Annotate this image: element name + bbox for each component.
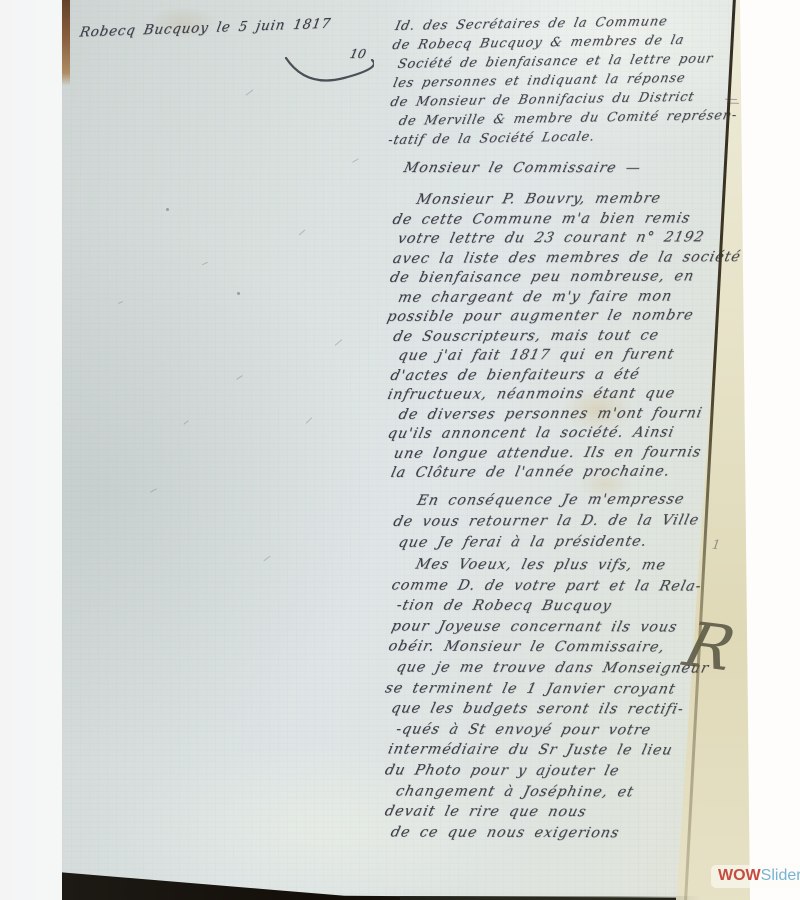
handwritten-line: comme D. de votre part et la Rela- bbox=[389, 575, 740, 597]
watermark-slider-text: Slider bbox=[761, 867, 800, 884]
salutation: Monsieur le Commissaire — bbox=[402, 160, 722, 176]
handwritten-line: que j'ai fait 1817 qui en furent bbox=[396, 345, 741, 366]
handwritten-line: du Photo pour y ajouter le bbox=[383, 760, 740, 782]
binding-edge bbox=[62, 0, 70, 86]
handwritten-line: me chargeant de m'y faire mon bbox=[396, 287, 741, 308]
handwritten-line: devait le rire que nous bbox=[383, 802, 740, 824]
handwritten-line: de diverses personnes m'ont fourni bbox=[396, 404, 741, 425]
wowslider-watermark-link[interactable]: WOWSlider bbox=[711, 865, 800, 888]
handwritten-line: avec la liste des membres de la société bbox=[391, 248, 741, 269]
folio-number-block: 10 bbox=[282, 42, 392, 94]
handwritten-line: votre lettre du 23 courant n° 2192 bbox=[396, 228, 741, 249]
handwritten-line: Monsieur P. Bouvry, membre bbox=[414, 189, 740, 210]
handwritten-line: En conséquence Je m'empresse bbox=[415, 489, 742, 512]
handwritten-line: infructueux, néanmoins étant que bbox=[385, 384, 741, 405]
handwritten-line: se terminent le 1 Janvier croyant bbox=[383, 678, 740, 700]
body-paragraph-3: Mes Voeux, les plus vifs, mecomme D. de … bbox=[382, 554, 735, 844]
handwritten-line: d'actes de bienfaiteurs a été bbox=[388, 365, 741, 386]
handwritten-line: de bienfaisance peu nombreuse, en bbox=[388, 267, 741, 288]
shadow-line bbox=[400, 896, 700, 900]
handwritten-line: que les budgets seront ils rectifi- bbox=[389, 699, 740, 721]
handwritten-line: pour Joyeuse concernant ils vous bbox=[389, 616, 740, 638]
body-paragraph-2: En conséquence Je m'empressede vous reto… bbox=[385, 489, 737, 554]
handwritten-line: intermédiaire du Sr Juste le lieu bbox=[386, 740, 740, 762]
handwritten-line: que Je ferai à la présidente. bbox=[396, 531, 742, 554]
handwritten-line: Mes Voeux, les plus vifs, me bbox=[413, 555, 740, 577]
folio-number: 10 bbox=[348, 46, 367, 61]
body-paragraph-1: Monsieur P. Bouvry, membrede cette Commu… bbox=[384, 189, 738, 483]
handwritten-line: la Clôture de l'année prochaine. bbox=[389, 462, 742, 483]
handwritten-line: de Souscripteurs, mais tout ce bbox=[391, 326, 741, 347]
handwritten-line: possible pour augmenter le nombre bbox=[385, 306, 741, 327]
handwritten-line: de vous retourner la D. de la Ville bbox=[391, 510, 742, 533]
handwritten-line: -tion de Robecq Bucquoy bbox=[394, 596, 740, 618]
watermark-wow-text: WOW bbox=[718, 867, 761, 884]
letter-docket: Id. des Secrétaires de la Communede Robe… bbox=[384, 11, 738, 150]
manuscript-photo: Robecq Bucquoy le 5 juin 1817 10 Id. des… bbox=[0, 0, 800, 900]
handwritten-line: changement à Joséphine, et bbox=[394, 781, 740, 803]
handwritten-line: qu'ils annoncent la société. Ainsi bbox=[386, 423, 742, 444]
handwritten-line: une longue attendue. Ils en fournis bbox=[392, 443, 742, 464]
handwritten-line: de cette Commune m'a bien remis bbox=[390, 209, 740, 230]
handwritten-line: -qués à St envoyé pour votre bbox=[394, 719, 740, 741]
handwritten-line: Monsieur le Commissaire — bbox=[402, 160, 726, 176]
